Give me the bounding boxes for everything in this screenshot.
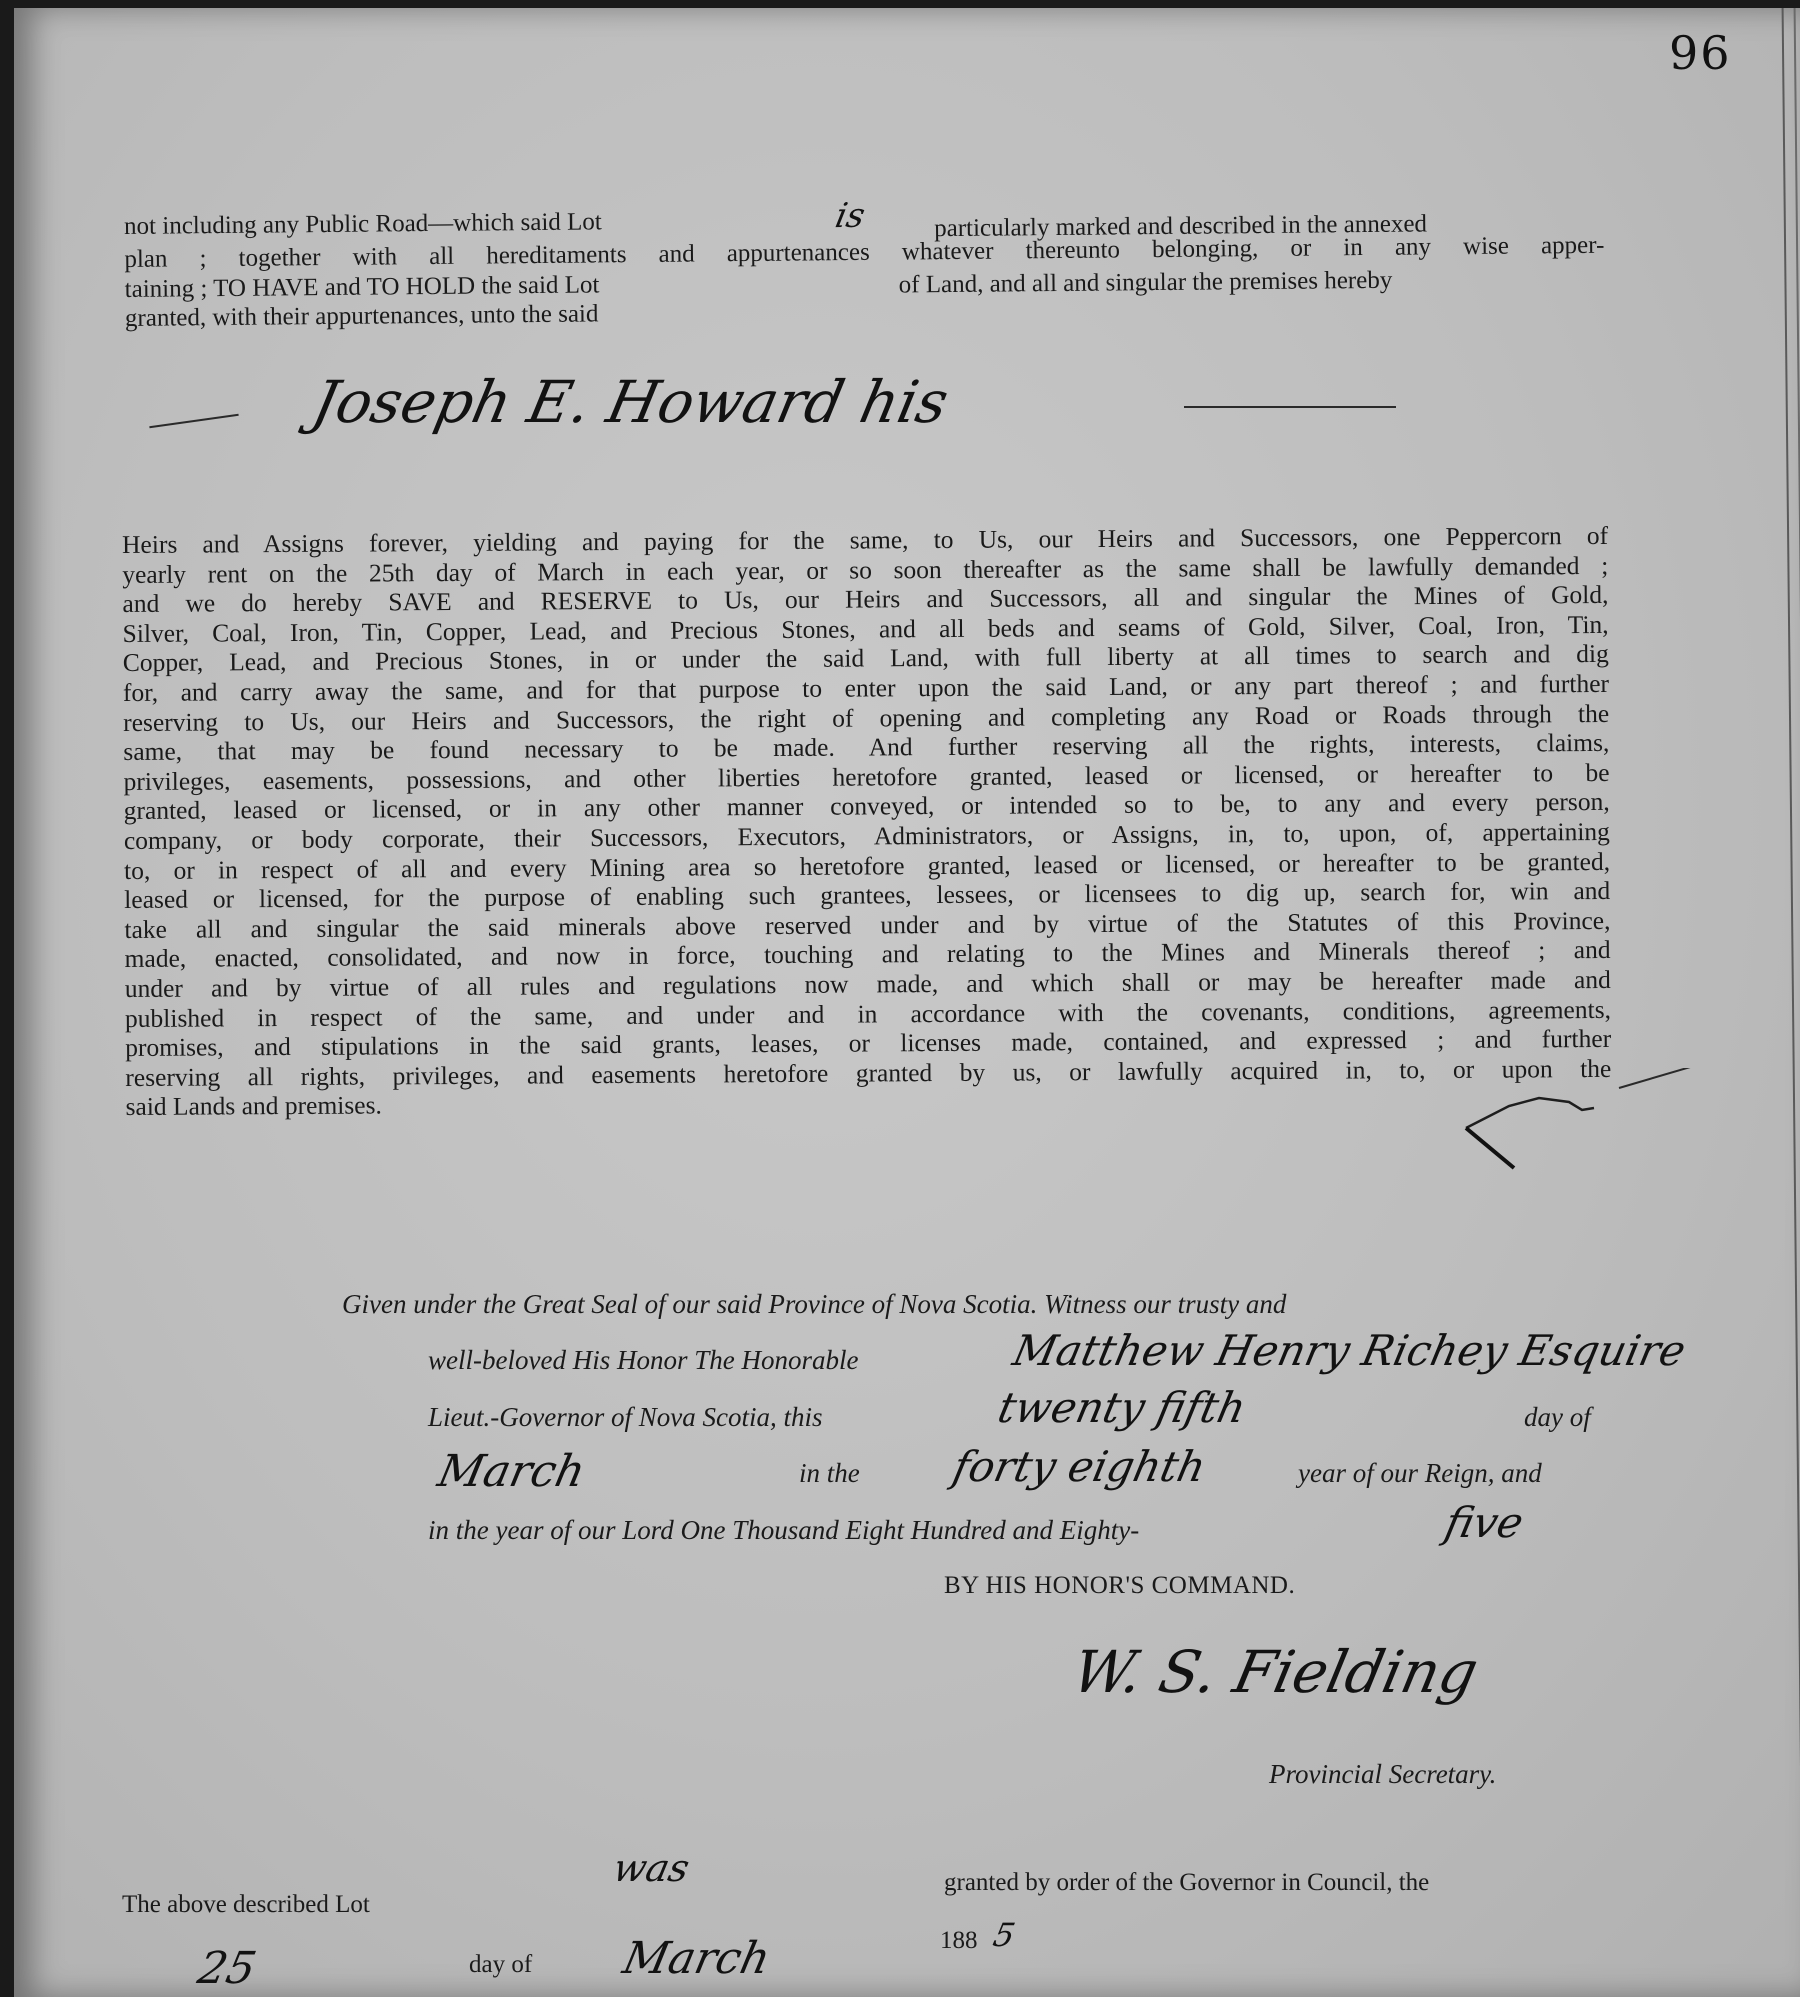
secretary-signature: W. S. Fielding	[1067, 1638, 1484, 1706]
handwritten-year-five: five	[1441, 1498, 1528, 1547]
document-page: 96 not including any Public Road—which s…	[14, 8, 1800, 1997]
registration-year-printed: 188	[940, 1926, 978, 1955]
signatory-title: Provincial Secretary.	[1269, 1760, 1496, 1789]
handwritten-registration-year-digit: 5	[990, 1916, 1018, 1954]
command-heading: BY HIS HONOR'S COMMAND.	[944, 1571, 1295, 1600]
handwritten-governor-name: Matthew Henry Richey Esquire	[1009, 1326, 1690, 1375]
registration-granted-text: granted by order of the Governor in Coun…	[944, 1868, 1429, 1897]
page-number: 96	[1669, 26, 1732, 80]
grant-line-3-left: taining ; TO HAVE and TO HOLD the said L…	[125, 270, 600, 304]
attestation-reign: year of our Reign, and	[1298, 1459, 1542, 1488]
grantee-rule-right	[1184, 406, 1396, 408]
attestation-line-3: Lieut.-Governor of Nova Scotia, this	[428, 1403, 822, 1432]
grant-clause: not including any Public Road—which said…	[14, 0, 1800, 8]
reservation-clause: Heirs and Assigns forever, yielding and …	[122, 521, 1612, 1122]
handwritten-registration-day: 25	[194, 1943, 261, 1994]
handwritten-reign-year: forty eighth	[949, 1442, 1210, 1491]
attestation-line-5: in the year of our Lord One Thousand Eig…	[428, 1516, 1139, 1545]
handwritten-month: March	[434, 1446, 590, 1497]
grant-line-3-right: of Land, and all and singular the premis…	[899, 266, 1393, 300]
registration-day-of: day of	[469, 1950, 532, 1979]
page-binding-edge	[1782, 8, 1800, 1997]
handwritten-registration-month: March	[619, 1933, 775, 1984]
handwritten-day: twenty fifth	[994, 1383, 1251, 1432]
handwritten-was: was	[609, 1846, 693, 1890]
attestation-in-the: in the	[799, 1459, 860, 1488]
grant-line-1-left: not including any Public Road—which said…	[124, 207, 602, 241]
grant-line-4: granted, with their appurtenances, unto …	[125, 299, 599, 333]
grantee-handwritten-name: Joseph E. Howard his	[307, 368, 955, 436]
grantee-rule-left	[149, 414, 238, 429]
handwritten-closing-mark-icon	[1414, 1068, 1734, 1188]
attestation-line-2: well-beloved His Honor The Honorable	[428, 1346, 858, 1375]
attestation-day-of: day of	[1524, 1403, 1591, 1432]
attestation-line-1: Given under the Great Seal of our said P…	[342, 1290, 1286, 1319]
handwritten-is: is	[832, 196, 868, 236]
registration-prefix: The above described Lot	[122, 1890, 370, 1919]
